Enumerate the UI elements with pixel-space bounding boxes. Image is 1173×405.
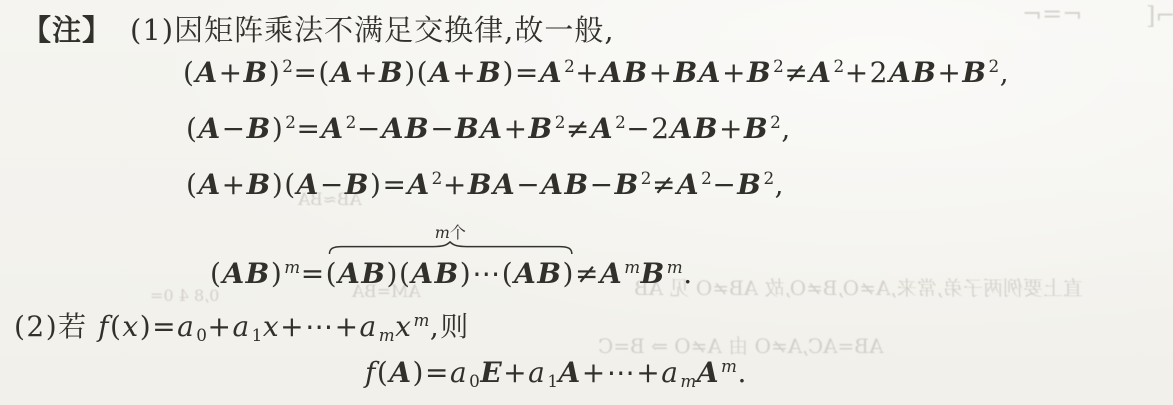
note-heading-line: 【注】(1)因矩阵乘法不满足交换律,故一般, [22,8,615,49]
note-item2-line: (2)若 f(x)=a0+a1x+⋯+amxm,则 [14,305,470,345]
formula-power-head: (AB)m= [210,257,326,290]
note-item2-outro: ,则 [430,310,470,343]
note-label: 【注】 [22,13,112,47]
note-item1-intro: (1)因矩阵乘法不满足交换律,故一般, [130,13,615,47]
formula-line-matrix-polynomial: f(A)=a0E+a1A+⋯+amAm. [365,356,748,389]
formula-line-square-sum: (A+B)2=(A+B)(A+B)=A2+AB+BA+B2≠A2+2AB+B2, [183,56,1010,89]
ghost-text: 0,8 4 0= [150,286,219,305]
formula-polynomial: f(x)=a0+a1x+⋯+amxm [98,310,430,343]
ghost-text: ⌐=⌐ [1022,0,1082,28]
formula-matrix-polynomial: f(A)=a0E+a1A+⋯+amAm. [365,356,748,389]
formula-power-tail: ≠AmBm. [575,257,694,290]
ghost-text: 直上要例两子弟,常来,A≠O,B≠O,故 AB≠O 见 AB [634,272,1083,301]
formula-square-diff: (A−B)2=A2−AB−BA+B2≠A2−2AB+B2, [186,112,792,145]
formula-line-power: (AB)m=m个(AB)(AB)⋯(AB)≠AmBm. [210,257,694,290]
scanned-textbook-page: ⌐=⌐¬[AB≈BAAM=BA0,8 4 0=直上要例两子弟,常来,A≠O,B≠… [0,0,1173,405]
overbrace-group: m个(AB)(AB)⋯(AB) [326,257,575,290]
formula-line-square-diff: (A−B)2=A2−AB−BA+B2≠A2−2AB+B2, [186,112,792,145]
formula-line-product-sum-diff: (A+B)(A−B)=A2+BA−AB−B2≠A2−B2, [186,168,785,201]
formula-square-sum: (A+B)2=(A+B)(A+B)=A2+AB+BA+B2≠A2+2AB+B2, [183,56,1010,89]
overbrace-label: m个 [435,220,466,243]
formula-power-braced: (AB)(AB)⋯(AB) [326,257,575,290]
note-item2-intro: (2)若 [14,310,98,343]
ghost-text: AB=AC,A≠O 由 A≠O ⇒ B=C [598,330,883,359]
formula-product-sum-diff: (A+B)(A−B)=A2+BA−AB−B2≠A2−B2, [186,168,785,201]
ghost-text: ¬[ [1146,2,1173,30]
